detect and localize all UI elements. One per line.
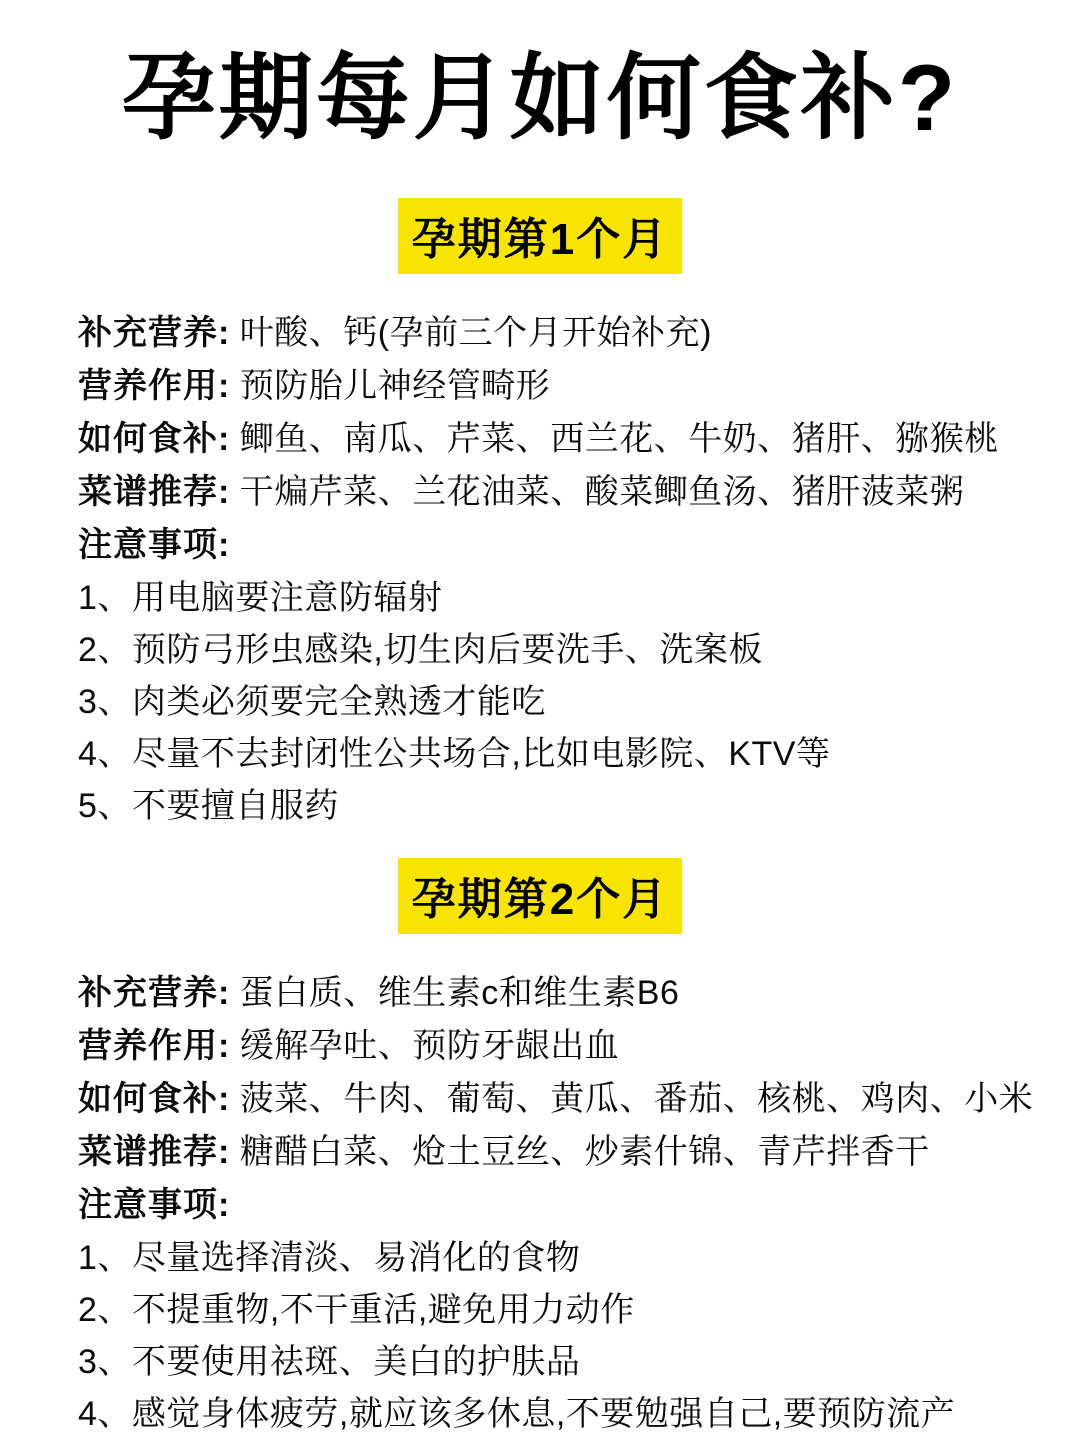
field-label: 如何食补: [78,420,230,458]
field-food-therapy: 如何食补: 菠菜、牛肉、葡萄、黄瓜、番茄、核桃、鸡肉、小米 [78,1082,1060,1117]
field-label: 菜谱推荐: [78,473,230,511]
field-value: 糖醋白菜、炝土豆丝、炒素什锦、青芹拌香干 [240,1133,930,1171]
infographic-page: 孕期每月如何食补? 孕期第1个月 补充营养: 叶酸、钙(孕前三个月开始补充) 营… [0,0,1080,1440]
field-label: 补充营养: [78,974,230,1012]
section-2-header-row: 孕期第2个月 [0,858,1080,934]
field-label: 补充营养: [78,314,230,352]
field-value: 菠菜、牛肉、葡萄、黄瓜、番茄、核桃、鸡肉、小米 [240,1080,1034,1118]
field-value: 缓解孕吐、预防牙龈出血 [240,1027,620,1065]
note-item: 4、感觉身体疲劳,就应该多休息,不要勉强自己,要预防流产 [78,1397,1060,1432]
field-value: 叶酸、钙(孕前三个月开始补充) [240,314,712,352]
note-item: 4、尽量不去封闭性公共场合,比如电影院、KTV等 [78,737,1060,772]
field-label: 如何食补: [78,1080,230,1118]
field-value: 鲫鱼、南瓜、芹菜、西兰花、牛奶、猪肝、猕猴桃 [240,420,999,458]
field-value: 蛋白质、维生素c和维生素B6 [240,974,680,1012]
section-month-2: 孕期第2个月 补充营养: 蛋白质、维生素c和维生素B6 营养作用: 缓解孕吐、预… [0,858,1080,1432]
field-nutrition-effect: 营养作用: 缓解孕吐、预防牙龈出血 [78,1029,1060,1064]
field-value: 预防胎儿神经管畸形 [240,367,551,405]
field-supplement-nutrition: 补充营养: 蛋白质、维生素c和维生素B6 [78,976,1060,1011]
field-recipe-recommendation: 菜谱推荐: 糖醋白菜、炝土豆丝、炒素什锦、青芹拌香干 [78,1135,1060,1170]
note-item: 3、肉类必须要完全熟透才能吃 [78,685,1060,720]
note-item: 2、不提重物,不干重活,避免用力动作 [78,1293,1060,1328]
note-item: 5、不要擅自服药 [78,789,1060,824]
field-nutrition-effect: 营养作用: 预防胎儿神经管畸形 [78,369,1060,404]
page-title: 孕期每月如何食补? [0,0,1080,154]
note-item: 1、尽量选择清淡、易消化的食物 [78,1241,1060,1276]
field-supplement-nutrition: 补充营养: 叶酸、钙(孕前三个月开始补充) [78,316,1060,351]
notes-label: 注意事项: [78,528,1060,563]
field-value: 干煸芹菜、兰花油菜、酸菜鲫鱼汤、猪肝菠菜粥 [240,473,965,511]
section-1-header-row: 孕期第1个月 [0,198,1080,274]
section-1-body: 补充营养: 叶酸、钙(孕前三个月开始补充) 营养作用: 预防胎儿神经管畸形 如何… [78,316,1060,824]
note-item: 2、预防弓形虫感染,切生肉后要洗手、洗案板 [78,633,1060,668]
section-1-header-badge: 孕期第1个月 [398,198,682,274]
note-item: 1、用电脑要注意防辐射 [78,581,1060,616]
field-food-therapy: 如何食补: 鲫鱼、南瓜、芹菜、西兰花、牛奶、猪肝、猕猴桃 [78,422,1060,457]
field-recipe-recommendation: 菜谱推荐: 干煸芹菜、兰花油菜、酸菜鲫鱼汤、猪肝菠菜粥 [78,475,1060,510]
notes-label: 注意事项: [78,1188,1060,1223]
field-label: 菜谱推荐: [78,1133,230,1171]
field-label: 营养作用: [78,367,230,405]
section-month-1: 孕期第1个月 补充营养: 叶酸、钙(孕前三个月开始补充) 营养作用: 预防胎儿神… [0,198,1080,824]
section-2-header-badge: 孕期第2个月 [398,858,682,934]
field-label: 营养作用: [78,1027,230,1065]
note-item: 3、不要使用祛斑、美白的护肤品 [78,1345,1060,1380]
section-2-body: 补充营养: 蛋白质、维生素c和维生素B6 营养作用: 缓解孕吐、预防牙龈出血 如… [78,976,1060,1432]
